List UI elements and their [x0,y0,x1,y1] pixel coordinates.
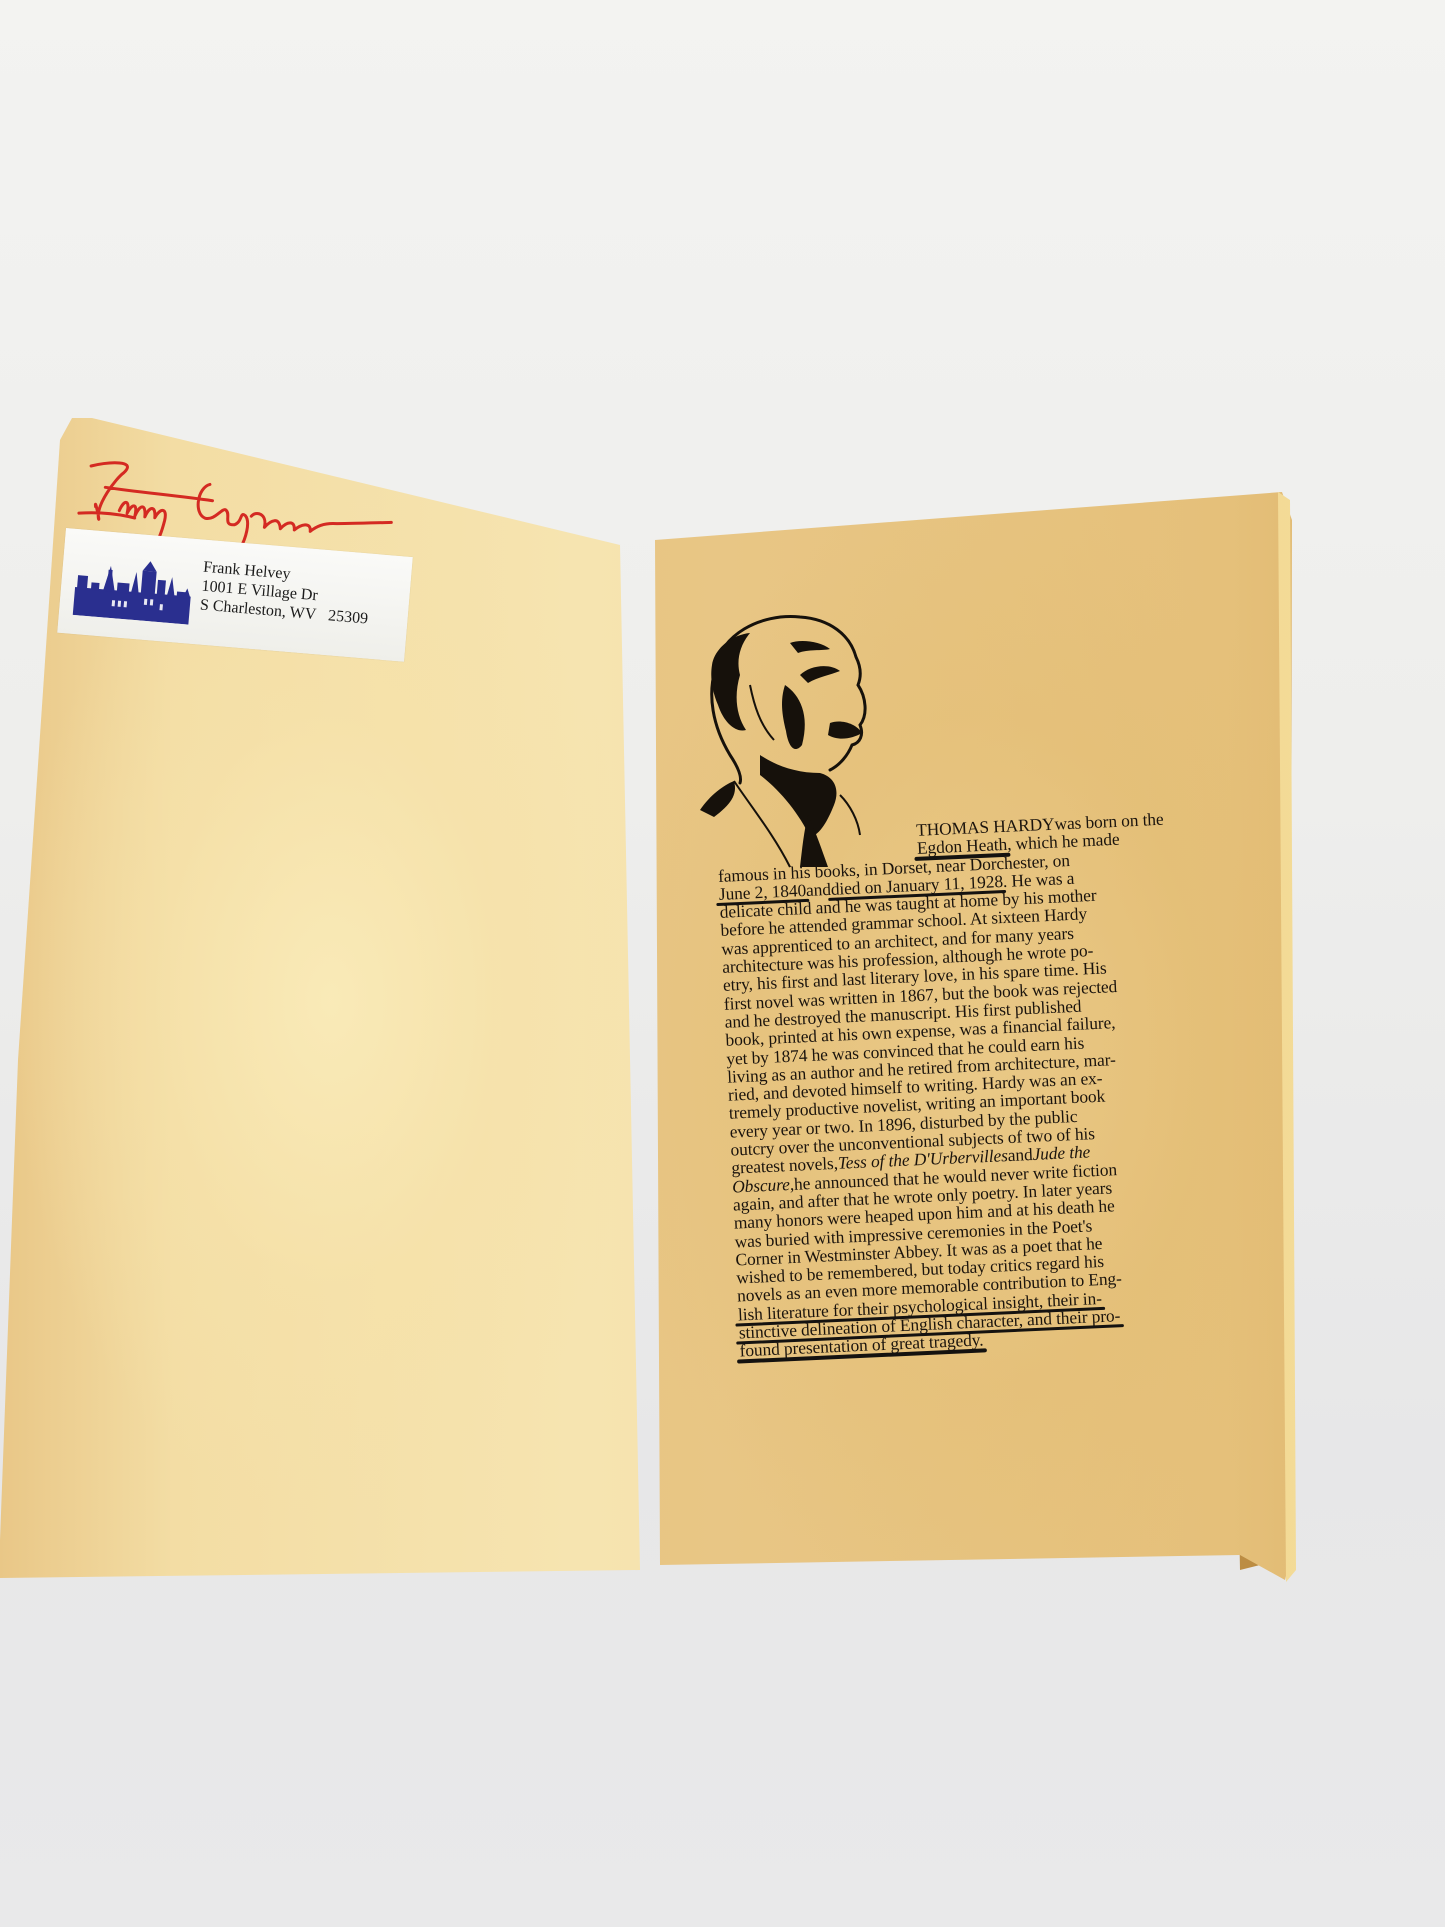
address-zip: 25309 [327,607,368,627]
castle-icon [71,553,196,625]
author-biography: THOMAS HARDY was born on the Egdon Heath… [716,808,1220,1360]
address-text: Frank Helvey 1001 E Village Dr S Charles… [199,558,372,629]
underlined-phrase: June 2, 1840 [718,881,806,903]
underlined-phrase: Egdon Heath [917,835,1008,857]
